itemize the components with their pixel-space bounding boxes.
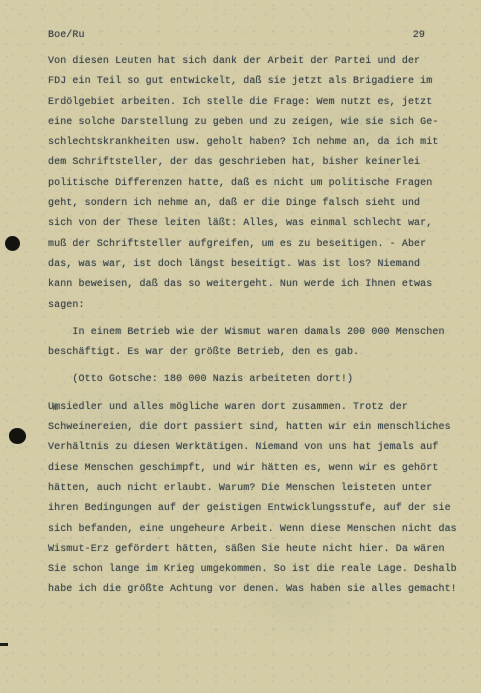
text-line: Wismut-Erz gefördert hätten, säßen Sie h… xyxy=(48,540,438,560)
text-line: muß der Schriftsteller aufgreifen, um es… xyxy=(48,235,438,255)
page-content: Boe/Ru 29 Von diesen Leuten hat sich dan… xyxy=(48,26,438,601)
punch-hole-bottom xyxy=(8,427,27,445)
text-line: Umsiedler und alles mögliche waren dort … xyxy=(48,398,438,418)
text-line: Schweinereien, die dort passiert sind, h… xyxy=(48,418,438,438)
text-line: diese Menschen geschimpft, und wir hätte… xyxy=(48,459,438,479)
text-line: In einem Betrieb wie der Wismut waren da… xyxy=(48,323,438,343)
text-line: Von diesen Leuten hat sich dank der Arbe… xyxy=(48,52,438,72)
text-line: beschäftigt. Es war der größte Betrieb, … xyxy=(48,343,438,363)
text-line: dem Schriftsteller, der das geschrieben … xyxy=(48,153,438,173)
text-line: eine solche Darstellung zu geben und zu … xyxy=(48,113,438,133)
text-line: Sie schon lange im Krieg umgekommen. So … xyxy=(48,560,438,580)
text-line: Erdölgebiet arbeiten. Ich stelle die Fra… xyxy=(48,93,438,113)
punch-hole-top xyxy=(5,236,20,251)
page-header: Boe/Ru 29 xyxy=(48,26,438,46)
page-number: 29 xyxy=(413,26,425,46)
paragraph-3: (Otto Gotsche: 180 000 Nazis arbeiteten … xyxy=(48,370,438,390)
text-line: Verhältnis zu diesen Werktätigen. Nieman… xyxy=(48,438,438,458)
paragraph-2: In einem Betrieb wie der Wismut waren da… xyxy=(48,323,438,364)
paragraph-4: Umsiedler und alles mögliche waren dort … xyxy=(48,398,438,601)
text-line: schlechtskrankheiten usw. geholt haben? … xyxy=(48,133,438,153)
text-line: (Otto Gotsche: 180 000 Nazis arbeiteten … xyxy=(48,370,438,390)
text-line: politische Differenzen hatte, daß es nic… xyxy=(48,174,438,194)
document-body: Von diesen Leuten hat sich dank der Arbe… xyxy=(48,52,438,601)
text-line: FDJ ein Teil so gut entwickelt, daß sie … xyxy=(48,72,438,92)
text-line: habe ich die größte Achtung vor denen. W… xyxy=(48,580,438,600)
text-line: geht, sondern ich nehme an, daß er die D… xyxy=(48,194,438,214)
paragraph-1: Von diesen Leuten hat sich dank der Arbe… xyxy=(48,52,438,316)
text-line: sich befanden, eine ungeheure Arbeit. We… xyxy=(48,520,438,540)
typewritten-document-page: m Boe/Ru 29 Von diesen Leuten hat sich d… xyxy=(0,0,481,693)
text-line: kann beweisen, daß das so weitergeht. Nu… xyxy=(48,275,438,295)
text-line: ihren Bedingungen auf der geistigen Entw… xyxy=(48,499,438,519)
text-line: sich von der These leiten läßt: Alles, w… xyxy=(48,214,438,234)
author-code: Boe/Ru xyxy=(48,26,85,46)
left-edge-ink-mark xyxy=(0,643,8,646)
text-line: hätten, auch nicht erlaubt. Warum? Die M… xyxy=(48,479,438,499)
text-line: sagen: xyxy=(48,296,438,316)
text-line: das, was war, ist doch längst beseitigt.… xyxy=(48,255,438,275)
